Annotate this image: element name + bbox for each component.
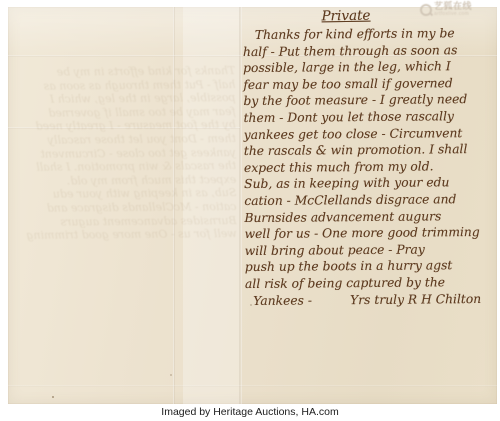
site-watermark: 艺狐在线 artfoxlive.com: [420, 2, 492, 24]
watermark-text-block: 艺狐在线 artfoxlive.com: [434, 2, 472, 17]
auction-caption: Imaged by Heritage Auctions, HA.com: [0, 404, 500, 421]
letter-line: all risk of being captured by the: [245, 274, 487, 293]
foxing-speck: [250, 304, 252, 306]
letter-heading: Private: [305, 7, 387, 24]
letter-line: push up the boots in a hurry agst: [245, 257, 487, 276]
signature: Yrs truly R H Chilton: [350, 290, 481, 308]
letter-line: by the foot measure - I greatly need: [243, 91, 485, 110]
letter-line: well for us - One more good trimming: [245, 224, 487, 243]
letter-body: Thanks for kind efforts in my be half - …: [243, 25, 487, 309]
letter-line: will bring about peace - Pray: [245, 241, 487, 260]
foxing-speck: [170, 374, 172, 376]
letter-closing: Yankees -: [253, 292, 312, 309]
letter-photo: Thanks for kind efforts in my be half - …: [8, 7, 497, 404]
watermark-text: 艺狐在线: [434, 2, 472, 11]
center-fold: [239, 7, 242, 404]
letter-line: Sub, as in keeping with your edu: [244, 174, 486, 193]
letter-line: fear may be too small if governed: [243, 75, 485, 94]
magnifier-icon: [420, 4, 432, 16]
signature-line: Yankees - Yrs truly R H Chilton: [245, 290, 487, 309]
letter-line: possible, large in the leg, which I: [243, 58, 485, 77]
letter-line: yankees get too close - Circumvent: [244, 125, 486, 144]
letter-line: half - Put them through as soon as: [243, 42, 485, 61]
letter-line: cation - McClellands disgrace and: [244, 191, 486, 210]
foxing-speck: [52, 396, 54, 398]
ink-showthrough: Thanks for kind efforts in my be half - …: [17, 64, 237, 243]
letter-line: expect this much from my old.: [244, 158, 486, 177]
letter-line: them - Dont you let those rascally: [243, 108, 485, 127]
horizontal-crease: [8, 385, 497, 387]
letter-line: Burnsides advancement augurs: [244, 207, 486, 226]
watermark-url: artfoxlive.com: [434, 12, 472, 17]
letter-line: the rascals & win promotion. I shall: [244, 141, 486, 160]
letter-line: Thanks for kind efforts in my be: [243, 25, 485, 44]
